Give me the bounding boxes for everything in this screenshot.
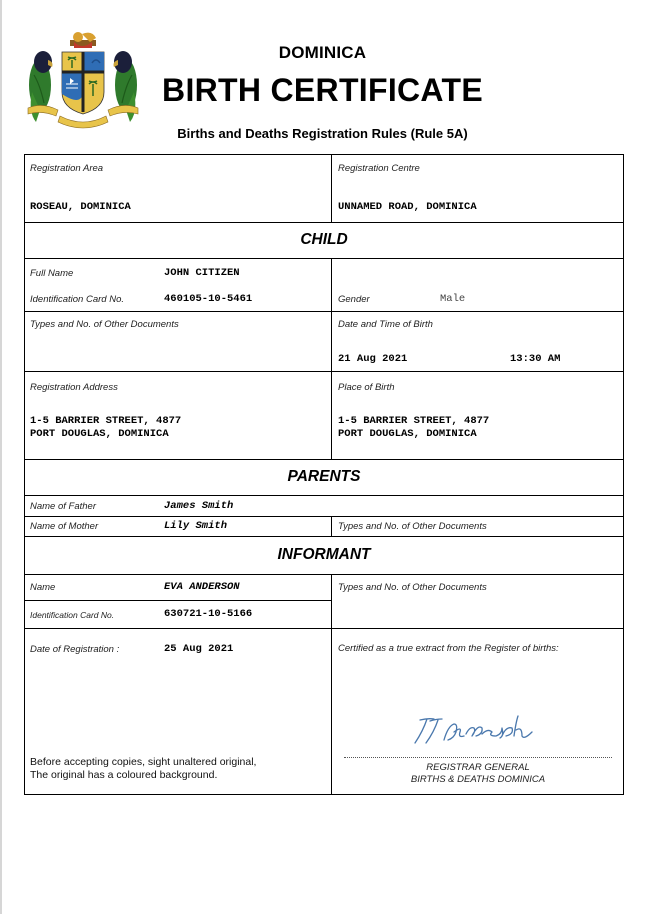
divider	[24, 600, 331, 601]
registrar-office: BIRTHS & DEATHS DOMINICA	[332, 774, 624, 786]
child-dob-label: Date and Time of Birth	[338, 319, 433, 330]
country-heading: DOMINICA	[0, 43, 645, 63]
father-label: Name of Father	[30, 501, 96, 512]
child-id-label: Identification Card No.	[30, 294, 124, 305]
child-id-value: 460105-10-5461	[164, 292, 252, 306]
father-value: James Smith	[164, 499, 233, 513]
child-full-name-label: Full Name	[30, 268, 73, 279]
informant-other-docs-label: Types and No. of Other Documents	[338, 582, 487, 593]
divider	[24, 371, 624, 372]
informant-id-value: 630721-10-5166	[164, 607, 252, 621]
reg-date-label: Date of Registration :	[30, 644, 119, 655]
parents-other-docs-label: Types and No. of Other Documents	[338, 521, 487, 532]
section-parents: PARENTS	[24, 468, 624, 486]
child-place-line2: PORT DOUGLAS, DOMINICA	[338, 427, 477, 441]
child-gender-label: Gender	[338, 294, 370, 305]
mother-label: Name of Mother	[30, 521, 98, 532]
document-title: BIRTH CERTIFICATE	[0, 72, 645, 109]
child-reg-address-label: Registration Address	[30, 382, 118, 393]
mother-value: Lily Smith	[164, 519, 227, 533]
rules-subtitle: Births and Deaths Registration Rules (Ru…	[0, 126, 645, 141]
divider	[24, 516, 624, 517]
column-divider	[331, 258, 332, 459]
child-dob-date: 21 Aug 2021	[338, 352, 407, 366]
child-place-label: Place of Birth	[338, 382, 395, 393]
note-line1: Before accepting copies, sight unaltered…	[30, 756, 256, 769]
registration-centre-label: Registration Centre	[338, 163, 420, 174]
child-reg-address-line1: 1-5 BARRIER STREET, 4877	[30, 414, 181, 428]
signature-line	[344, 757, 612, 758]
note-line2: The original has a coloured background.	[30, 769, 217, 782]
divider	[24, 258, 624, 259]
divider	[24, 536, 624, 537]
informant-name-label: Name	[30, 582, 55, 593]
divider	[24, 574, 624, 575]
column-divider	[331, 154, 332, 222]
child-dob-time: 13:30 AM	[510, 352, 560, 366]
certified-label: Certified as a true extract from the Reg…	[338, 643, 559, 654]
registration-area-value: ROSEAU, DOMINICA	[30, 200, 131, 214]
divider	[24, 222, 624, 223]
divider	[24, 311, 624, 312]
child-other-docs-label: Types and No. of Other Documents	[30, 319, 179, 330]
column-divider	[331, 516, 332, 536]
informant-id-label: Identification Card No.	[30, 610, 114, 620]
divider	[24, 459, 624, 460]
child-gender-value: Male	[440, 292, 465, 306]
registrar-title: REGISTRAR GENERAL	[332, 762, 624, 774]
reg-date-value: 25 Aug 2021	[164, 642, 233, 656]
registration-area-label: Registration Area	[30, 163, 103, 174]
informant-name-value: EVA ANDERSON	[164, 580, 240, 594]
section-child: CHILD	[24, 231, 624, 249]
child-full-name-value: JOHN CITIZEN	[164, 266, 240, 280]
divider	[24, 495, 624, 496]
registrar-signature	[410, 712, 542, 748]
child-place-line1: 1-5 BARRIER STREET, 4877	[338, 414, 489, 428]
section-informant: INFORMANT	[24, 546, 624, 564]
divider	[24, 628, 624, 629]
registration-centre-value: UNNAMED ROAD, DOMINICA	[338, 200, 477, 214]
child-reg-address-line2: PORT DOUGLAS, DOMINICA	[30, 427, 169, 441]
